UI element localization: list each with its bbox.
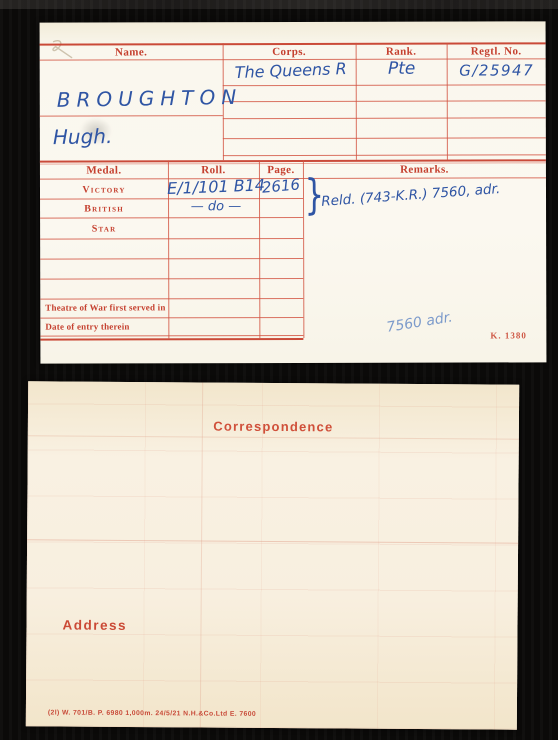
medal-label-victory: Victory: [40, 184, 168, 196]
rule-line: [40, 115, 223, 116]
rule-line: [40, 258, 303, 260]
forename-value: Hugh.: [53, 124, 113, 149]
rule-line: [223, 84, 546, 86]
rule-line: [40, 317, 303, 319]
corps-value: The Queens R: [227, 59, 354, 83]
rule-line: [223, 117, 546, 119]
roll-value: E/1/101 B14: [167, 175, 266, 198]
grid-line: [200, 383, 203, 728]
grid-line: [28, 435, 519, 439]
rule-line: [40, 238, 303, 240]
rule-line: [223, 154, 546, 156]
column-divider: [447, 43, 448, 160]
surname-value: BROUGHTON: [57, 85, 243, 112]
rule-line: [40, 335, 303, 337]
rule-line: [40, 217, 303, 219]
rule-line: [40, 338, 303, 341]
rule-line: [40, 278, 303, 280]
roll-ditto-value: — do —: [170, 199, 262, 214]
scanned-medal-card-photo: { "scan": { "background": "#0b0a09", "ca…: [0, 0, 558, 740]
page-value: 2616: [258, 175, 303, 197]
rule-line: [40, 298, 303, 300]
address-label: Address: [62, 618, 127, 633]
rank-value: Pte: [358, 59, 446, 79]
printer-code: (2l) W. 701/B. P. 6980 1,000m. 24/5/21 N…: [48, 708, 256, 718]
column-header-name: Name.: [40, 45, 223, 59]
column-header-rank: Rank.: [356, 45, 447, 59]
rule-line: [223, 100, 546, 102]
medal-index-card-back: Correspondence Address (2l) W. 701/B. P.…: [26, 381, 519, 729]
form-reference: K. 1380: [490, 330, 544, 341]
theatre-of-war-label: Theatre of War first served in: [45, 302, 165, 313]
column-header-medal: Medal.: [40, 163, 168, 177]
blue-annotation: 7560 adr.: [385, 309, 453, 335]
date-of-entry-label: Date of entry therein: [45, 321, 129, 332]
regtl-no-value: G/25947: [449, 61, 545, 79]
grid-line: [27, 539, 518, 543]
correspondence-heading: Correspondence: [28, 417, 519, 435]
column-header-regtl-no: Regtl. No.: [447, 44, 546, 58]
medal-label-star: Star: [40, 223, 168, 235]
column-header-corps: Corps.: [223, 45, 356, 59]
column-header-remarks: Remarks.: [303, 162, 546, 177]
remarks-note: Reld. (743-K.R.) 7560, adr.: [321, 177, 552, 210]
medal-label-british: British: [40, 203, 168, 215]
scan-edge-bar: [0, 0, 558, 9]
rule-line: [223, 137, 546, 139]
medal-index-card-front: Name. Corps. Rank. Regtl. No. Medal. Rol…: [40, 21, 547, 363]
